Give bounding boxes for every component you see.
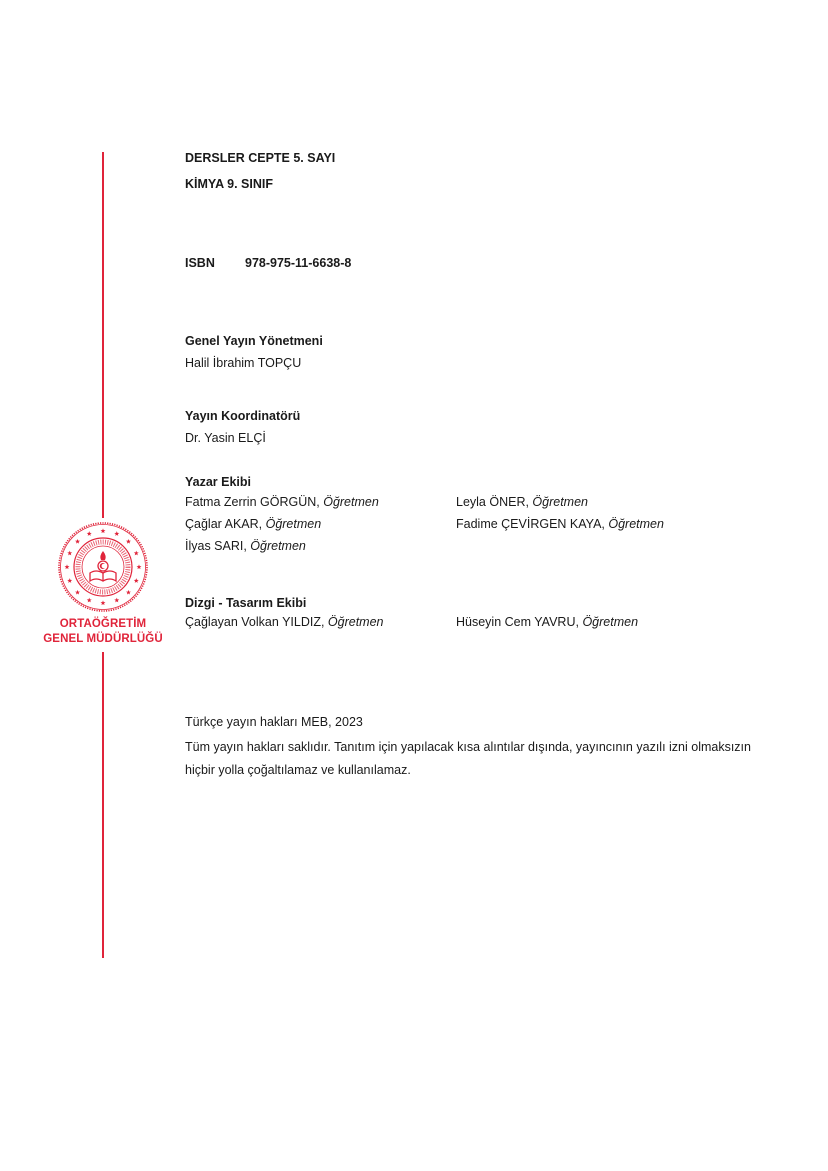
- rights-notice-line1: Tüm yayın hakları saklıdır. Tanıtım için…: [185, 740, 751, 754]
- divider-line-top: [102, 152, 104, 518]
- author-role: Öğretmen: [532, 495, 588, 509]
- rights-notice-line2: hiçbir yolla çoğaltılamaz ve kullanılama…: [185, 763, 411, 777]
- designer-role: Öğretmen: [328, 615, 384, 629]
- designer-entry: Çağlayan Volkan YILDIZ, Öğretmen: [185, 615, 384, 629]
- org-name-line2: GENEL MÜDÜRLÜĞÜ: [30, 633, 176, 645]
- author-role: Öğretmen: [250, 539, 306, 553]
- author-entry: Fadime ÇEVİRGEN KAYA, Öğretmen: [456, 517, 664, 531]
- authors-heading: Yazar Ekibi: [185, 475, 251, 489]
- author-name: Fatma Zerrin GÖRGÜN,: [185, 495, 323, 509]
- isbn-label: ISBN: [185, 256, 215, 270]
- designer-role: Öğretmen: [582, 615, 638, 629]
- series-title: DERSLER CEPTE 5. SAYI: [185, 151, 335, 165]
- author-role: Öğretmen: [323, 495, 379, 509]
- designer-entry: Hüseyin Cem YAVRU, Öğretmen: [456, 615, 638, 629]
- author-entry: İlyas SARI, Öğretmen: [185, 539, 306, 553]
- design-heading: Dizgi - Tasarım Ekibi: [185, 596, 306, 610]
- coordinator-name: Dr. Yasin ELÇİ: [185, 431, 266, 445]
- author-role: Öğretmen: [266, 517, 322, 531]
- copyright-line: Türkçe yayın hakları MEB, 2023: [185, 715, 363, 729]
- ministry-seal-icon: [57, 521, 149, 613]
- org-name-line1: ORTAÖĞRETİM: [30, 618, 176, 630]
- author-name: Leyla ÖNER,: [456, 495, 532, 509]
- author-name: Çağlar AKAR,: [185, 517, 266, 531]
- editor-name: Halil İbrahim TOPÇU: [185, 356, 301, 370]
- author-entry: Fatma Zerrin GÖRGÜN, Öğretmen: [185, 495, 379, 509]
- author-entry: Leyla ÖNER, Öğretmen: [456, 495, 588, 509]
- coordinator-heading: Yayın Koordinatörü: [185, 409, 300, 423]
- author-role: Öğretmen: [608, 517, 664, 531]
- divider-line-bottom: [102, 652, 104, 958]
- designer-name: Çağlayan Volkan YILDIZ,: [185, 615, 328, 629]
- editor-heading: Genel Yayın Yönetmeni: [185, 334, 323, 348]
- author-name: İlyas SARI,: [185, 539, 250, 553]
- author-entry: Çağlar AKAR, Öğretmen: [185, 517, 321, 531]
- designer-name: Hüseyin Cem YAVRU,: [456, 615, 582, 629]
- isbn-value: 978-975-11-6638-8: [245, 256, 351, 270]
- subject-title: KİMYA 9. SINIF: [185, 177, 273, 191]
- author-name: Fadime ÇEVİRGEN KAYA,: [456, 517, 608, 531]
